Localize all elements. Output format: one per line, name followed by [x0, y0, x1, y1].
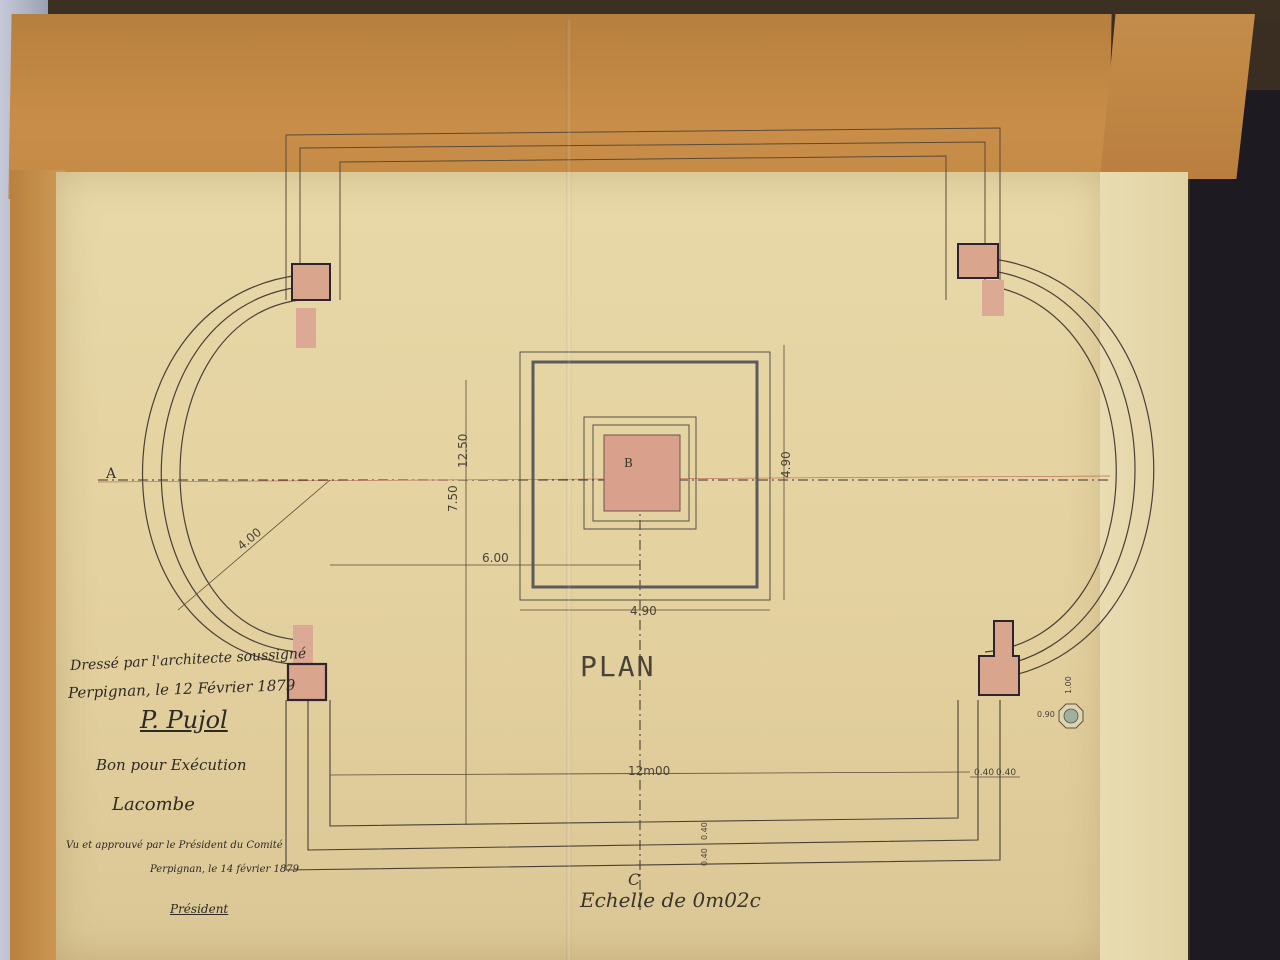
approval-note-line2: Perpignan, le 14 février 1879: [150, 864, 299, 875]
octagonal-pole: [1059, 704, 1083, 728]
approval-signature: Président: [170, 902, 228, 916]
approval-note-line1: Vu et approuvé par le Président du Comit…: [66, 840, 283, 851]
axis-label-b: B: [624, 456, 633, 470]
dimension-bottom-width: 12m00: [628, 764, 670, 778]
bottom-enclosure-lines: [286, 700, 1000, 870]
pillar-top-left: [292, 264, 330, 348]
scale-caption: Echelle de 0m02c: [580, 888, 761, 912]
dimension-offset: 6.00: [482, 551, 509, 565]
dimension-wall-2: 0.40: [996, 768, 1016, 778]
radius-line: [178, 480, 330, 610]
paper-fold: [566, 20, 572, 960]
dimension-half-depth: 7.50: [446, 485, 460, 512]
contractor-signature: Lacombe: [112, 794, 195, 815]
dimension-bottom-wall-b: 0.40: [700, 848, 709, 866]
section-marker-c: C: [628, 870, 640, 889]
dimension-pole-height: 1.00: [1064, 676, 1073, 694]
central-monument: [520, 352, 770, 600]
axis-label-a: A: [106, 466, 116, 482]
dimension-total-depth: 12.50: [456, 434, 470, 468]
dimension-pole-offset: 0.90: [1037, 710, 1055, 719]
dimension-bottom-wall-a: 0.40: [700, 822, 709, 840]
dimension-wall-1: 0.40: [974, 768, 994, 778]
top-enclosure-lines: [286, 128, 1000, 300]
dimension-square-height: 4.90: [779, 451, 793, 478]
plan-drawing: [0, 0, 1280, 960]
pillar-top-right: [958, 244, 1004, 316]
architect-signature: P. Pujol: [140, 706, 228, 734]
pillar-bottom-right: [979, 621, 1019, 695]
contractor-note: Bon pour Exécution: [96, 756, 247, 774]
plan-title: PLAN: [580, 650, 655, 683]
dimension-square-width: 4.90: [630, 604, 657, 618]
